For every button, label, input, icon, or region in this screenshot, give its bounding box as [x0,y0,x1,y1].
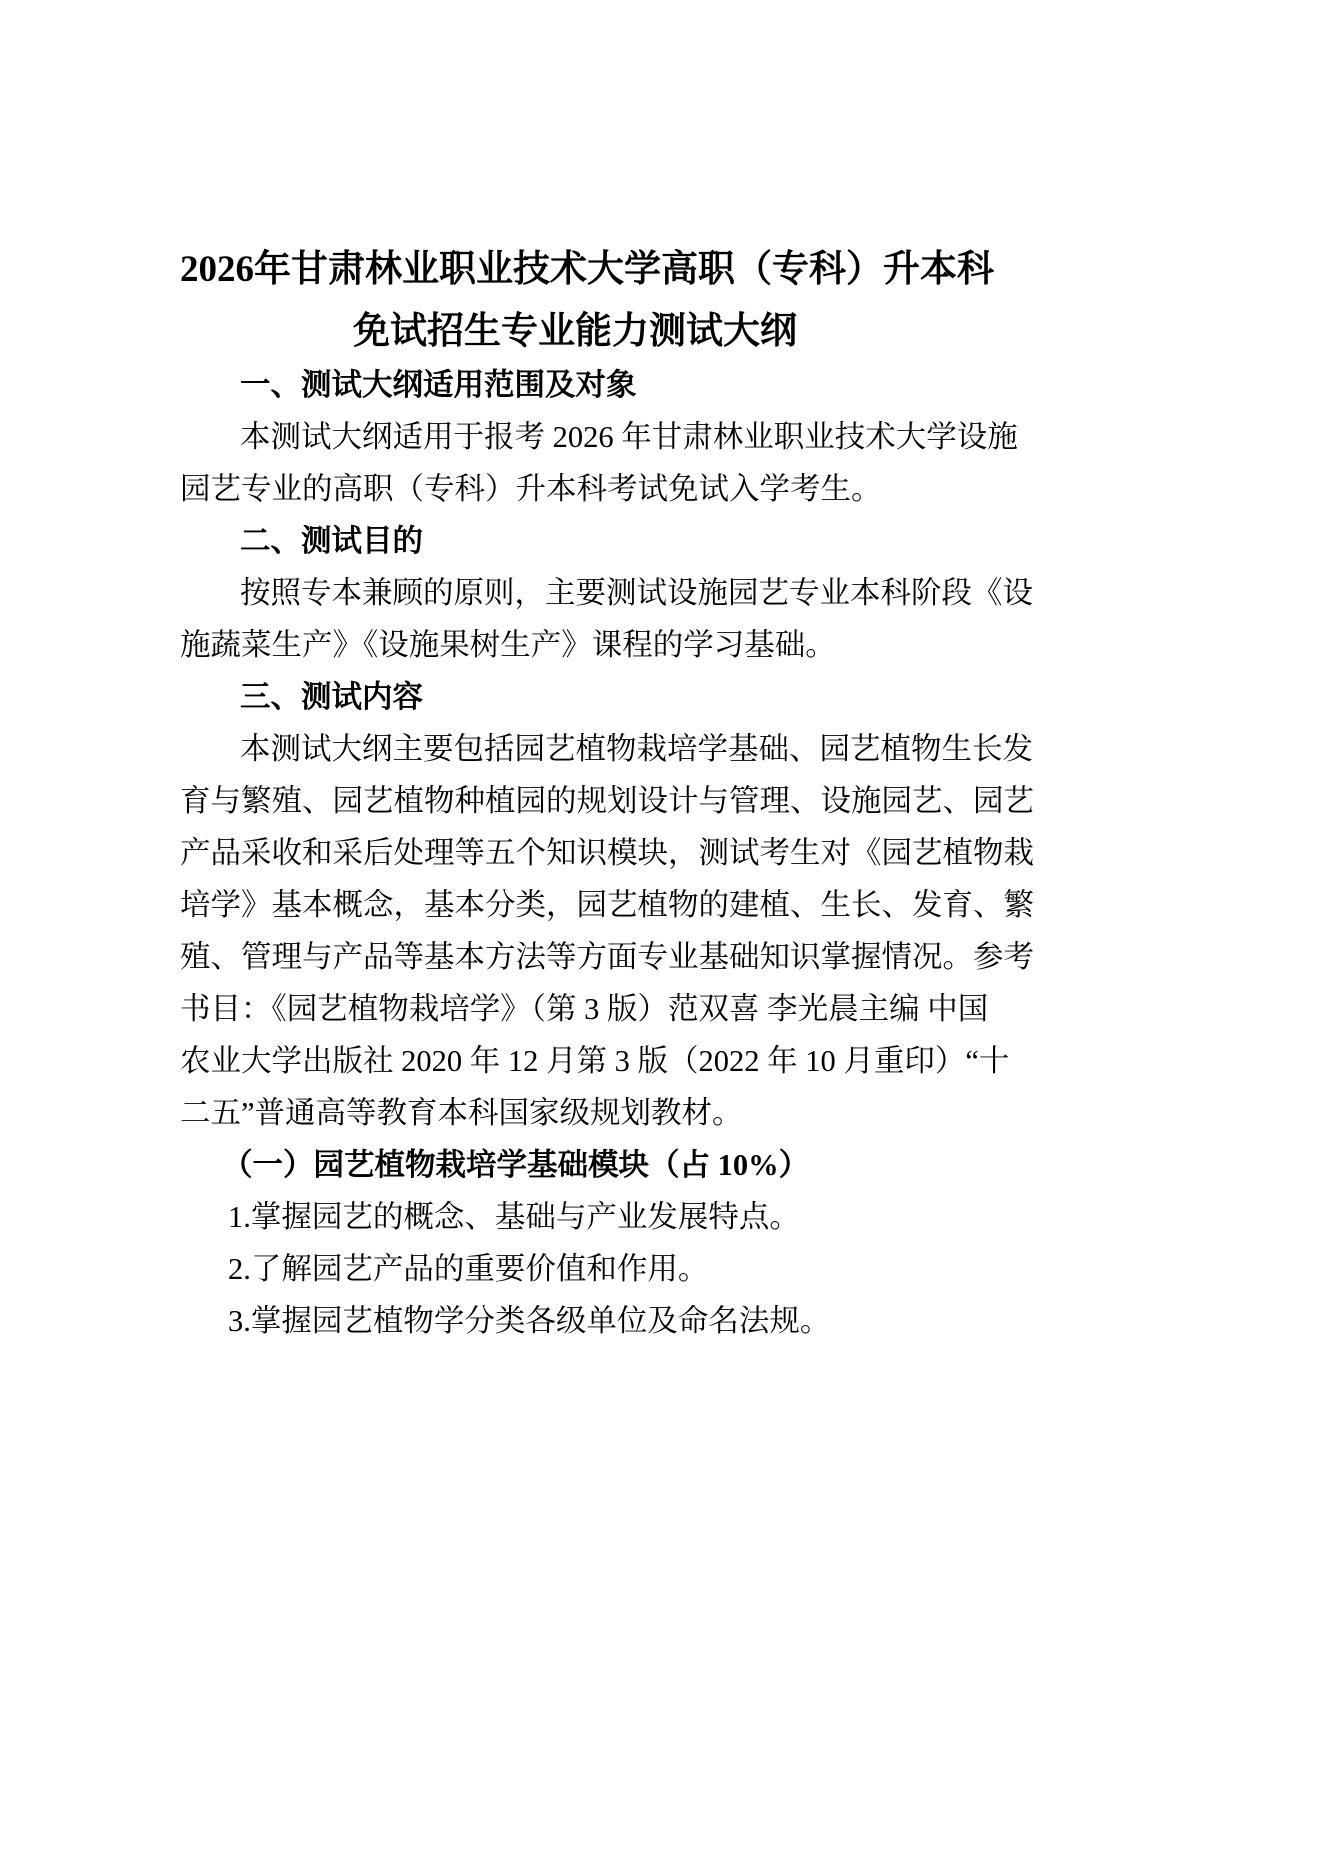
paragraph-line: 书目：《园艺植物栽培学》（第 3 版）范双喜 李光晨主编 中国 [180,983,970,1035]
paragraph-line: 园艺专业的高职（专科）升本科考试免试入学考生。 [180,463,970,515]
list-item: 3.掌握园艺植物学分类各级单位及命名法规。 [180,1295,970,1347]
paragraph-line: 产品采收和采后处理等五个知识模块，测试考生对《园艺植物栽 [180,827,970,879]
paragraph-line: 育与繁殖、园艺植物种植园的规划设计与管理、设施园艺、园艺 [180,775,970,827]
section-heading-purpose: 二、测试目的 [180,515,970,567]
paragraph-line: 施蔬菜生产》《设施果树生产》课程的学习基础。 [180,619,970,671]
list-item: 2.了解园艺产品的重要价值和作用。 [180,1243,970,1295]
paragraph-line: 农业大学出版社 2020 年 12 月第 3 版（2022 年 10 月重印）“… [180,1035,970,1087]
section-heading-scope: 一、测试大纲适用范围及对象 [180,359,970,411]
document-title-line-1: 2026年甘肃林业职业技术大学高职（专科）升本科 [180,240,970,300]
subsection-heading-module-1: （一）园艺植物栽培学基础模块（占 10%） [180,1139,970,1191]
paragraph-line: 殖、管理与产品等基本方法等方面专业基础知识掌握情况。参考 [180,931,970,983]
paragraph-line: 按照专本兼顾的原则，主要测试设施园艺专业本科阶段《设 [180,567,970,619]
paragraph-line: 培学》基本概念，基本分类，园艺植物的建植、生长、发育、繁 [180,879,970,931]
paragraph-line: 本测试大纲主要包括园艺植物栽培学基础、园艺植物生长发 [180,723,970,775]
paragraph-line: 二五”普通高等教育本科国家级规划教材。 [180,1087,970,1139]
document-title-line-2: 免试招生专业能力测试大纲 [180,302,970,362]
section-heading-content: 三、测试内容 [180,671,970,723]
list-item: 1.掌握园艺的概念、基础与产业发展特点。 [180,1191,970,1243]
document-body: 一、测试大纲适用范围及对象 本测试大纲适用于报考 2026 年甘肃林业职业技术大… [180,359,970,1347]
paragraph-line: 本测试大纲适用于报考 2026 年甘肃林业职业技术大学设施 [180,411,970,463]
